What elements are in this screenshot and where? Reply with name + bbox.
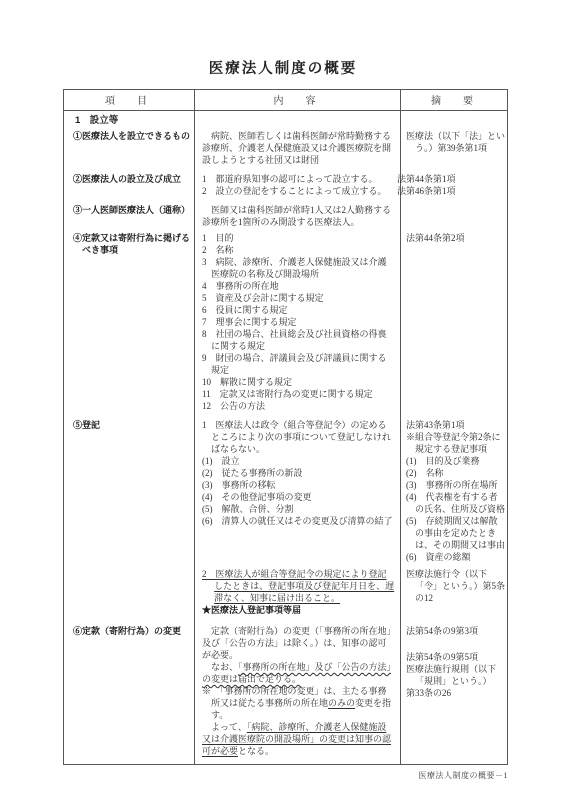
- remark-list-item: (4) 代表権を有する者の氏名、住所及び資格: [406, 491, 506, 515]
- table-cell-item: ④定款又は寄附行為に掲げるべき事項: [64, 232, 194, 419]
- page-title: 医療法人制度の概要: [0, 57, 566, 78]
- list-item: 12 公告の方法: [202, 400, 395, 412]
- content-note: ※ 「事務所の所在地の変更」は、主たる事務所又は従たる事務所の所在地のみの変更を…: [202, 685, 395, 721]
- list-item: 9 財団の場合、評議員会及び評議員に関する規定: [202, 352, 395, 376]
- table-cell-remark: 医療法（以下「法」という。）第39条第1項: [401, 130, 509, 173]
- table-cell-content: 1 目的2 名称3 病院、診療所、介護老人保健施設又は介護医療院の名称及び開設場…: [194, 232, 401, 419]
- summary-table: 項 目 内 容 摘 要 1 設立等 ①医療法人を設立できるもの 病院、医師若しく…: [63, 89, 508, 765]
- list-item: 11 定款又は寄附行為の変更に関する規定: [202, 388, 395, 400]
- remark-text: 法第44条第2項: [406, 232, 506, 244]
- table-cell-content: 1 医療法人は政令（組合等登記令）の定めるところにより次の事項について登記しなけ…: [194, 419, 401, 568]
- content-paragraph: 定款（寄附行為）の変更（「事務所の所在地」及び「公告の方法」は除く。）は、知事の…: [202, 625, 395, 661]
- remark-sub-list: (1) 目的及び業務(2) 名称(3) 事務所の所在場所(4) 代表権を有する者…: [406, 455, 506, 563]
- content-paragraph-underlined: 2 医療法人が組合等登記令の規定により登記したときは、登記事項及び登記年月日を、…: [202, 568, 395, 604]
- table-cell-item: ⑥定款（寄附行為）の変更: [64, 625, 194, 764]
- col-header-content: 内 容: [194, 90, 401, 110]
- list-item: 3 病院、診療所、介護老人保健施設又は介護医療院の名称及び開設場所: [202, 256, 395, 280]
- list-item: 6 役員に関する規定: [202, 304, 395, 316]
- document-page: 医療法人制度の概要 項 目 内 容 摘 要 1 設立等 ①医療法人を設立できるも…: [0, 57, 566, 781]
- remark-list-item: (5) 存続期間又は解散の事由を定めたときは、その期間又は事由: [406, 515, 506, 551]
- footer-page-number: 医療法人制度の概要－1: [63, 770, 508, 781]
- remark-text: 法第54条の9第5項: [406, 651, 506, 663]
- remark-text: 法第54条の9第3項: [406, 625, 506, 637]
- remark-list: 法第44条第1項法第46条第1項: [406, 173, 506, 197]
- plain-text: となる。: [238, 746, 274, 756]
- row-item-label: ②医療法人の設立及び成立: [73, 173, 191, 185]
- row-item-label: ③一人医師医療法人（通称）: [73, 204, 191, 216]
- list-item: 1 都道府県知事の認可によって設立する。: [202, 173, 395, 185]
- remark-list-item: (1) 目的及び業務: [406, 455, 506, 467]
- col-header-item: 項 目: [64, 90, 194, 110]
- table-cell-remark: 法第54条の9第3項 法第54条の9第5項 医療法施行規則（以下「規則」という。…: [401, 625, 509, 764]
- table-cell-item: ②医療法人の設立及び成立: [64, 173, 194, 204]
- table-cell-remark: 法第44条第1項法第46条第1項: [401, 173, 509, 204]
- row-item-label: ⑤登記: [73, 419, 191, 431]
- remark-text: 法第43条第1項: [406, 419, 506, 431]
- table-header-row: 項 目 内 容 摘 要: [64, 90, 507, 111]
- content-paragraph: 1 医療法人は政令（組合等登記令）の定めるところにより次の事項について登記しなけ…: [202, 419, 395, 455]
- list-item: 4 事務所の所在地: [202, 280, 395, 292]
- content-sub-list: (1) 設立(2) 従たる事務所の新設(3) 事務所の移転(4) その他登記事項…: [202, 455, 395, 527]
- row-item-label: ⑥定款（寄附行為）の変更: [73, 625, 191, 637]
- list-item: 2 名称: [202, 244, 395, 256]
- list-item: 5 資産及び会計に関する規定: [202, 292, 395, 304]
- content-numbered-list: 1 目的2 名称3 病院、診療所、介護老人保健施設又は介護医療院の名称及び開設場…: [202, 232, 395, 412]
- list-item: (6) 清算人の就任又はその変更及び清算の結了: [202, 515, 395, 527]
- table-cell-item: ③一人医師医療法人（通称）: [64, 204, 194, 232]
- content-paragraph: 病院、医師若しくは歯科医師が常時勤務する診療所、介護老人保健施設又は介護医療院を…: [202, 130, 395, 166]
- form-name-note: ★医療法人登記事項等届: [202, 604, 395, 616]
- table-cell-content: 定款（寄附行為）の変更（「事務所の所在地」及び「公告の方法」は除く。）は、知事の…: [194, 625, 401, 764]
- list-item: (5) 解散、合併、分割: [202, 503, 395, 515]
- table-cell-content: 病院、医師若しくは歯科医師が常時勤務する診療所、介護老人保健施設又は介護医療院を…: [194, 130, 401, 173]
- table-cell-remark: 法第44条第2項: [401, 232, 509, 419]
- remark-text: 医療法施行規則（以下「規則」という。）: [406, 663, 506, 687]
- content-paragraph: よって、「病院、診療所、介護老人保健施設又は介護医療院の開設場所」の変更は知事の…: [202, 721, 395, 757]
- table-cell-remark: [401, 204, 509, 232]
- list-item: 10 解散に関する規定: [202, 376, 395, 388]
- table-cell-remark: 法第43条第1項 ※組合等登記令第2条に規定する登記事項 (1) 目的及び業務(…: [401, 419, 509, 568]
- remark-list-item: (3) 事務所の所在場所: [406, 479, 506, 491]
- row-item-label: ①医療法人を設立できるもの: [73, 130, 191, 142]
- remark-text: 第33条の26: [406, 687, 506, 699]
- list-item: (3) 事務所の移転: [202, 479, 395, 491]
- table-cell: [194, 111, 401, 130]
- note-mark: ※: [202, 686, 220, 696]
- table-cell: [401, 111, 509, 130]
- underlined-text: のみの: [328, 698, 355, 708]
- plain-text: なお、: [202, 662, 238, 672]
- table-cell-content: 1 都道府県知事の認可によって設立する。2 設立の登記をすることによって成立する…: [194, 173, 401, 204]
- table-cell-item: ⑤登記: [64, 419, 194, 568]
- list-item: 7 理事会に関する規定: [202, 316, 395, 328]
- table-cell-remark: 医療法施行令（以下「令」という。）第5条の12: [401, 568, 509, 625]
- remark-list-item: (2) 名称: [406, 467, 506, 479]
- table-body: 1 設立等 ①医療法人を設立できるもの 病院、医師若しくは歯科医師が常時勤務する…: [64, 111, 507, 764]
- underlined-text: 2 医療法人が組合等登記令の規定により登記したときは、登記事項及び登記年月日を、…: [202, 569, 394, 603]
- remark-list-item: (6) 資産の総額: [406, 551, 506, 563]
- list-item: 2 設立の登記をすることによって成立する。: [202, 185, 395, 197]
- row-item-label: ④定款又は寄附行為に掲げるべき事項: [73, 232, 191, 256]
- list-item: 1 目的: [202, 232, 395, 244]
- content-paragraph: なお、「事務所の所在地」及び「公告の方法」の変更は届出で足りる。: [202, 661, 395, 685]
- remark-text: 医療法施行令（以下「令」という。）第5条の12: [406, 568, 506, 604]
- table-cell: 1 設立等: [64, 111, 194, 130]
- section-heading: 1 設立等: [73, 111, 191, 127]
- table-cell-content: 2 医療法人が組合等登記令の規定により登記したときは、登記事項及び登記年月日を、…: [194, 568, 401, 625]
- table-cell-content: 医師又は歯科医師が常時1人又は2人勤務する診療所を1箇所のみ開設する医療法人。: [194, 204, 401, 232]
- table-cell-item: ①医療法人を設立できるもの: [64, 130, 194, 173]
- content-paragraph: 医師又は歯科医師が常時1人又は2人勤務する診療所を1箇所のみ開設する医療法人。: [202, 204, 395, 228]
- remark-text: 医療法（以下「法」という。）第39条第1項: [406, 130, 506, 154]
- content-list: 1 都道府県知事の認可によって設立する。2 設立の登記をすることによって成立する…: [202, 173, 395, 197]
- list-item: (2) 従たる事務所の新設: [202, 467, 395, 479]
- table-cell-item: [64, 568, 194, 625]
- list-item: (1) 設立: [202, 455, 395, 467]
- remark-note: ※組合等登記令第2条に規定する登記事項: [406, 431, 506, 455]
- list-item: 8 社団の場合、社員総会及び社員資格の得喪に関する規定: [202, 328, 395, 352]
- list-item: (4) その他登記事項の変更: [202, 491, 395, 503]
- plain-text: よって、: [202, 722, 247, 732]
- remark-text: 法第46条第1項: [406, 185, 506, 197]
- remark-text: 法第44条第1項: [406, 173, 506, 185]
- col-header-remark: 摘 要: [401, 90, 509, 110]
